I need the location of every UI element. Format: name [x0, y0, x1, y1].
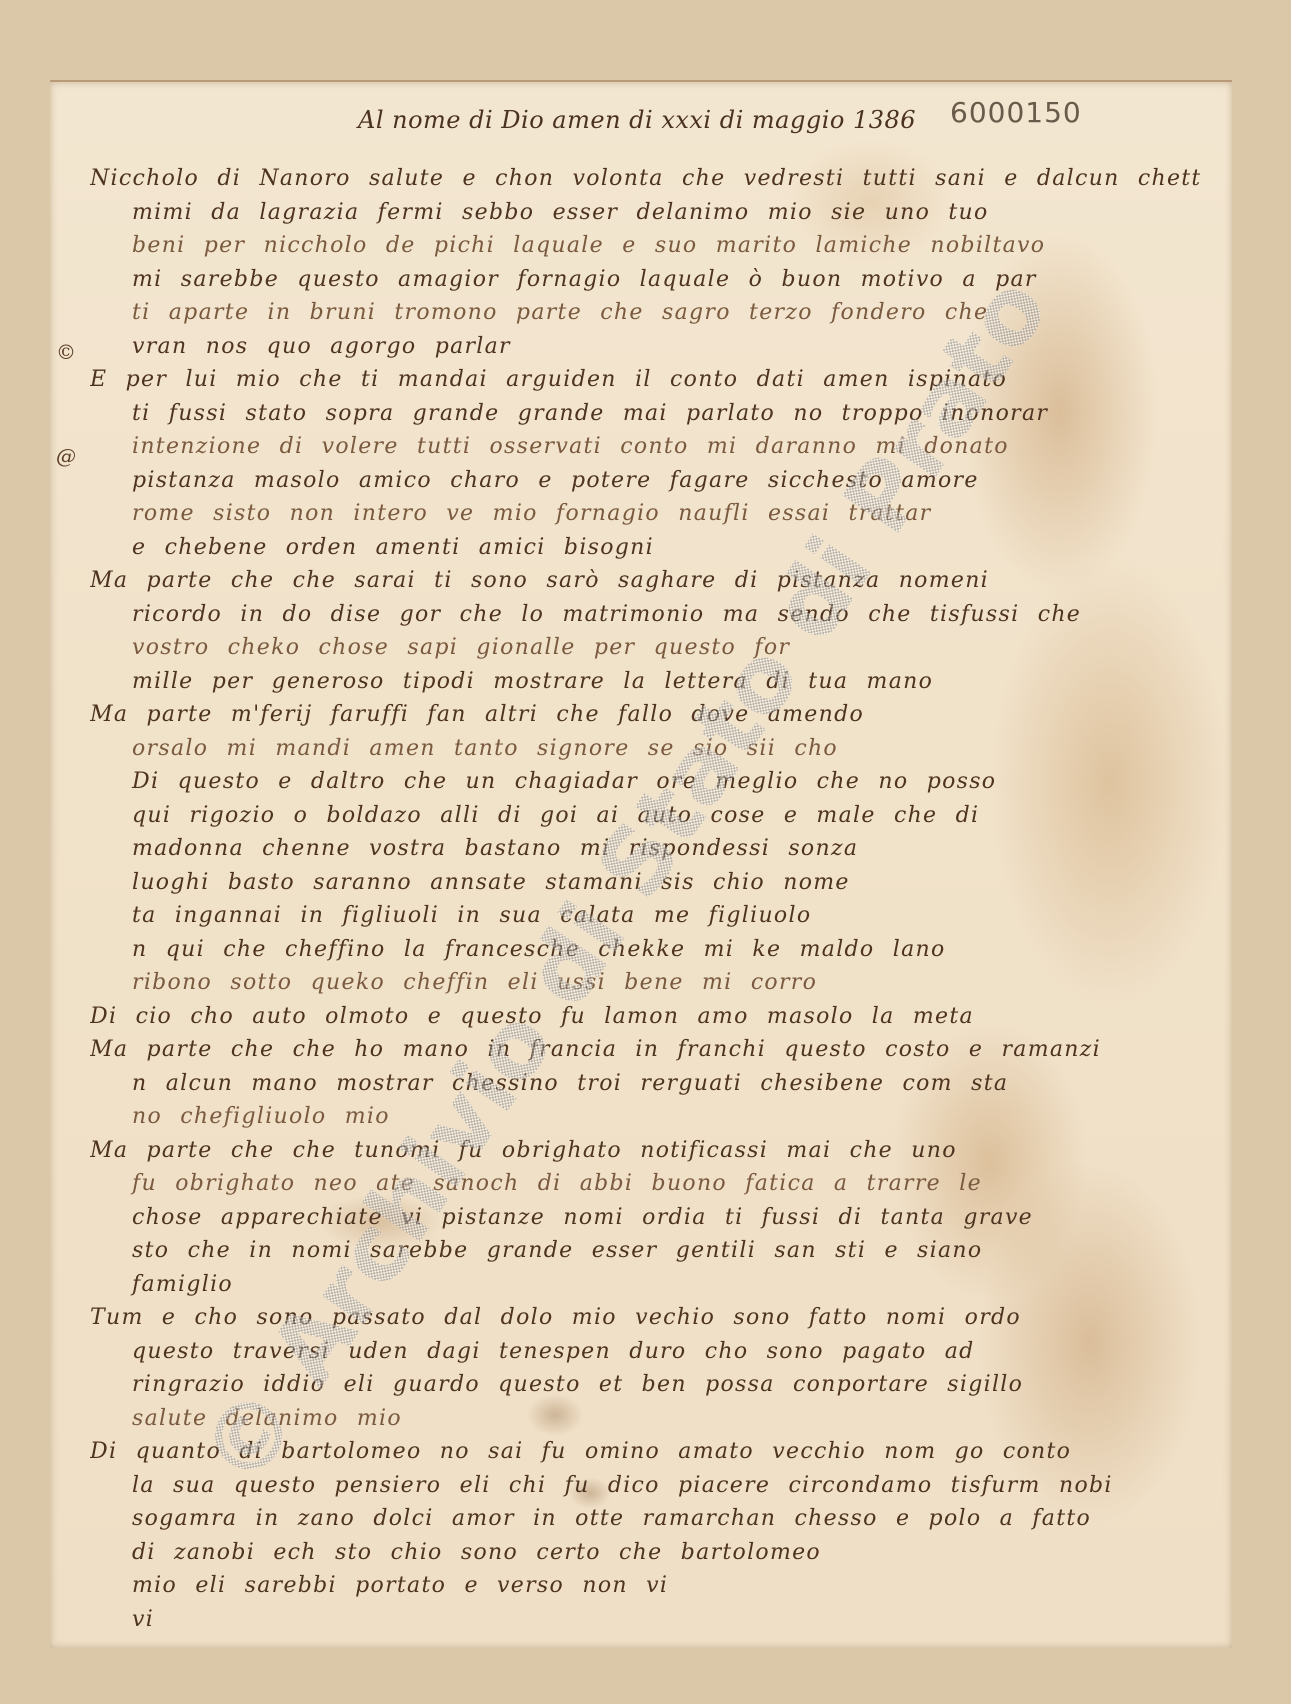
letter-body: Niccholo di Nanoro salute e chon volonta… — [90, 162, 1200, 1636]
text-line: qui rigozio o boldazo alli di goi ai aut… — [90, 799, 1200, 833]
text-line: ta ingannai in figliuoli in sua calata m… — [90, 899, 1200, 933]
text-line: Ma parte che che ho mano in francia in f… — [90, 1033, 1200, 1067]
text-line: orsalo mi mandi amen tanto signore se si… — [90, 732, 1200, 766]
text-line: intenzione di volere tutti osservati con… — [90, 430, 1200, 464]
letter-dateline: Al nome di Dio amen di xxxi di maggio 13… — [358, 106, 916, 134]
text-line: madonna chenne vostra bastano mi rispond… — [90, 832, 1200, 866]
text-line: e chebene orden amenti amici bisogni — [90, 531, 1200, 565]
text-line: Niccholo di Nanoro salute e chon volonta… — [90, 162, 1200, 196]
text-line: ribono sotto queko cheffin eli ussi bene… — [90, 966, 1200, 1000]
text-line: no chefigliuolo mio — [90, 1100, 1200, 1134]
text-line: mio eli sarebbi portato e verso non vi — [90, 1569, 1200, 1603]
text-line: mi sarebbe questo amagior fornagio laqua… — [90, 263, 1200, 297]
text-line: pistanza masolo amico charo e potere fag… — [90, 464, 1200, 498]
text-line: Ma parte m'ferij faruffi fan altri che f… — [90, 698, 1200, 732]
text-line: Tum e cho sono passato dal dolo mio vech… — [90, 1301, 1200, 1335]
letter-page: Al nome di Dio amen di xxxi di maggio 13… — [50, 80, 1232, 1648]
text-line: Di questo e daltro che un chagiadar ore … — [90, 765, 1200, 799]
text-line: Di cio cho auto olmoto e questo fu lamon… — [90, 1000, 1200, 1034]
text-line: rome sisto non intero ve mio fornagio na… — [90, 497, 1200, 531]
text-line: mille per generoso tipodi mostrare la le… — [90, 665, 1200, 699]
text-line: sto che in nomi sarebbe grande esser gen… — [90, 1234, 1200, 1268]
text-line: n alcun mano mostrar chessino troi rergu… — [90, 1067, 1200, 1101]
margin-mark-icon: © — [56, 340, 76, 364]
text-line: luoghi basto saranno annsate stamani sis… — [90, 866, 1200, 900]
text-line: E per lui mio che ti mandai arguiden il … — [90, 363, 1200, 397]
text-line: questo traversi uden dagi tenespen duro … — [90, 1335, 1200, 1369]
archive-number: 6000150 — [950, 96, 1082, 129]
text-line: Di quanto di bartolomeo no sai fu omino … — [90, 1435, 1200, 1469]
text-line: ricordo in do dise gor che lo matrimonio… — [90, 598, 1200, 632]
text-line: beni per niccholo de pichi laquale e suo… — [90, 229, 1200, 263]
text-line: salute delanimo mio — [90, 1402, 1200, 1436]
text-line: famiglio — [90, 1268, 1200, 1302]
text-line: chose apparechiate vi pistanze nomi ordi… — [90, 1201, 1200, 1235]
text-line: ti fussi stato sopra grande grande mai p… — [90, 397, 1200, 431]
text-line: ti aparte in bruni tromono parte che sag… — [90, 296, 1200, 330]
text-line: fu obrighato neo ate sanoch di abbi buon… — [90, 1167, 1200, 1201]
text-line: la sua questo pensiero eli chi fu dico p… — [90, 1469, 1200, 1503]
text-line: vostro cheko chose sapi gionalle per que… — [90, 631, 1200, 665]
text-line: n qui che cheffino la francesche chekke … — [90, 933, 1200, 967]
text-line: Ma parte che che tunomi fu obrighato not… — [90, 1134, 1200, 1168]
text-line: vi — [90, 1603, 1200, 1637]
text-line: ringrazio iddio eli guardo questo et ben… — [90, 1368, 1200, 1402]
text-line: sogamra in zano dolci amor in otte ramar… — [90, 1502, 1200, 1536]
text-line: mimi da lagrazia fermi sebbo esser delan… — [90, 196, 1200, 230]
margin-mark-icon: @ — [56, 444, 76, 468]
text-line: Ma parte che che sarai ti sono sarò sagh… — [90, 564, 1200, 598]
text-line: vran nos quo agorgo parlar — [90, 330, 1200, 364]
text-line: di zanobi ech sto chio sono certo che ba… — [90, 1536, 1200, 1570]
